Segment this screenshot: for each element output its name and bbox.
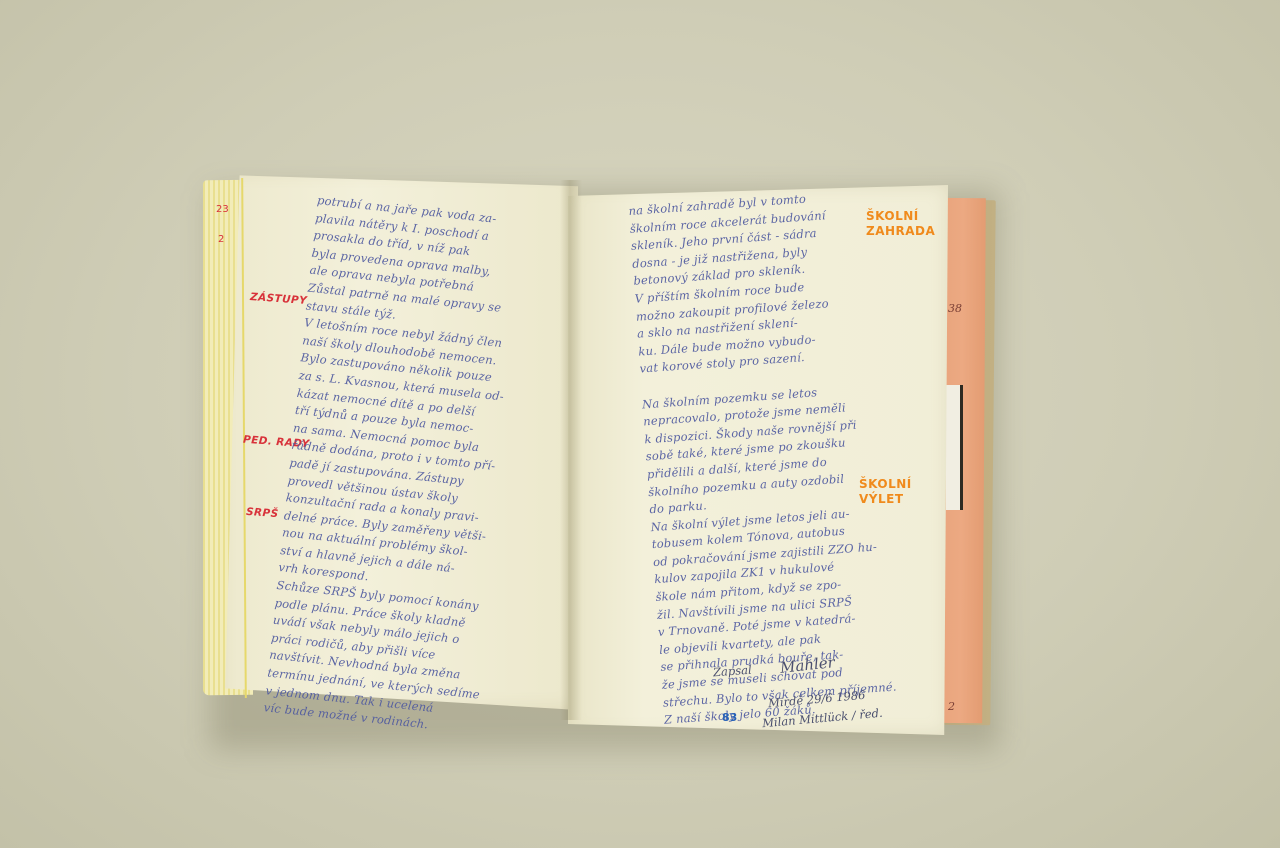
divider-mark-bottom: 2: [948, 700, 955, 713]
paper-tab: [946, 385, 963, 510]
signature-label: Zapsal: [712, 662, 752, 681]
divider-mark-top: 38: [948, 302, 962, 315]
margin-label-srps: SRPŠ: [246, 506, 279, 520]
margin-label-skolni-vylet: ŠKOLNÍVÝLET: [859, 477, 912, 507]
book-gutter: [560, 180, 582, 720]
notebook-photo: 38 2 23 2 ZÁSTUPY PED. RADY SRPŠ potrubí…: [0, 0, 1280, 848]
edge-mark-2: 2: [218, 234, 224, 245]
edge-mark-1: 23: [216, 204, 229, 215]
margin-label-skolni-zahrada: ŠKOLNÍZAHRADA: [866, 209, 935, 239]
page-number: 83: [722, 711, 737, 724]
right-page-text: na školní zahradě byl v tomto školním ro…: [628, 187, 898, 730]
